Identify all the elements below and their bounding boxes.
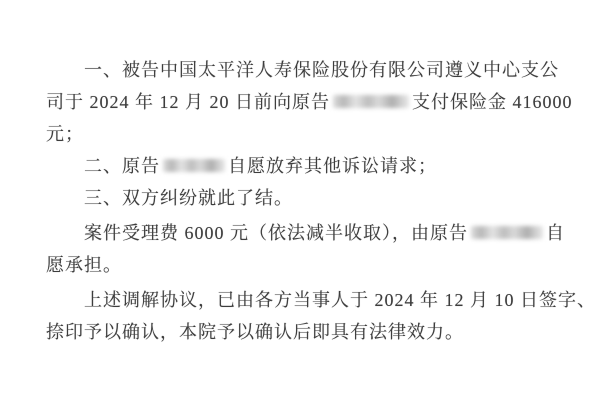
text-segment: 案件受理费 6000 元（依法减半收取），由原告 [84, 223, 468, 243]
text-segment: 上述调解协议，已由各方当事人于 2024 年 12 月 10 日签字、 [84, 290, 596, 310]
text-segment: 司于 2024 年 12 月 20 日前向原告 [46, 92, 330, 112]
text-line: 愿承担。 [46, 249, 570, 281]
text-segment: 二、原告 [84, 156, 160, 176]
text-line: 捺印予以确认，本院予以确认后即具有法律效力。 [46, 316, 570, 348]
text-line: 上述调解协议，已由各方当事人于 2024 年 12 月 10 日签字、 [46, 284, 570, 316]
text-segment: 自愿放弃其他诉讼请求； [228, 156, 437, 176]
text-segment: 支付保险金 416000 [412, 92, 573, 112]
text-segment: 元； [46, 124, 84, 144]
text-segment: 捺印予以确认，本院予以确认后即具有法律效力。 [46, 322, 464, 342]
redacted-name [333, 95, 409, 108]
text-segment: 三、双方纠纷就此了结。 [84, 188, 293, 208]
text-line: 案件受理费 6000 元（依法减半收取），由原告自 [46, 217, 570, 249]
text-line: 一、被告中国太平洋人寿保险股份有限公司遵义中心支公 [46, 54, 570, 86]
text-segment: 自 [546, 223, 565, 243]
document-text: 一、被告中国太平洋人寿保险股份有限公司遵义中心支公司于 2024 年 12 月 … [46, 54, 570, 348]
text-line: 三、双方纠纷就此了结。 [46, 182, 570, 214]
redacted-name [471, 226, 543, 239]
text-line: 司于 2024 年 12 月 20 日前向原告支付保险金 416000 [46, 86, 570, 118]
redacted-name [163, 159, 225, 172]
text-segment: 愿承担。 [46, 255, 122, 275]
text-line: 二、原告自愿放弃其他诉讼请求； [46, 150, 570, 182]
document-page: 一、被告中国太平洋人寿保险股份有限公司遵义中心支公司于 2024 年 12 月 … [0, 0, 600, 400]
text-line: 元； [46, 118, 570, 150]
text-segment: 一、被告中国太平洋人寿保险股份有限公司遵义中心支公 [84, 60, 559, 80]
